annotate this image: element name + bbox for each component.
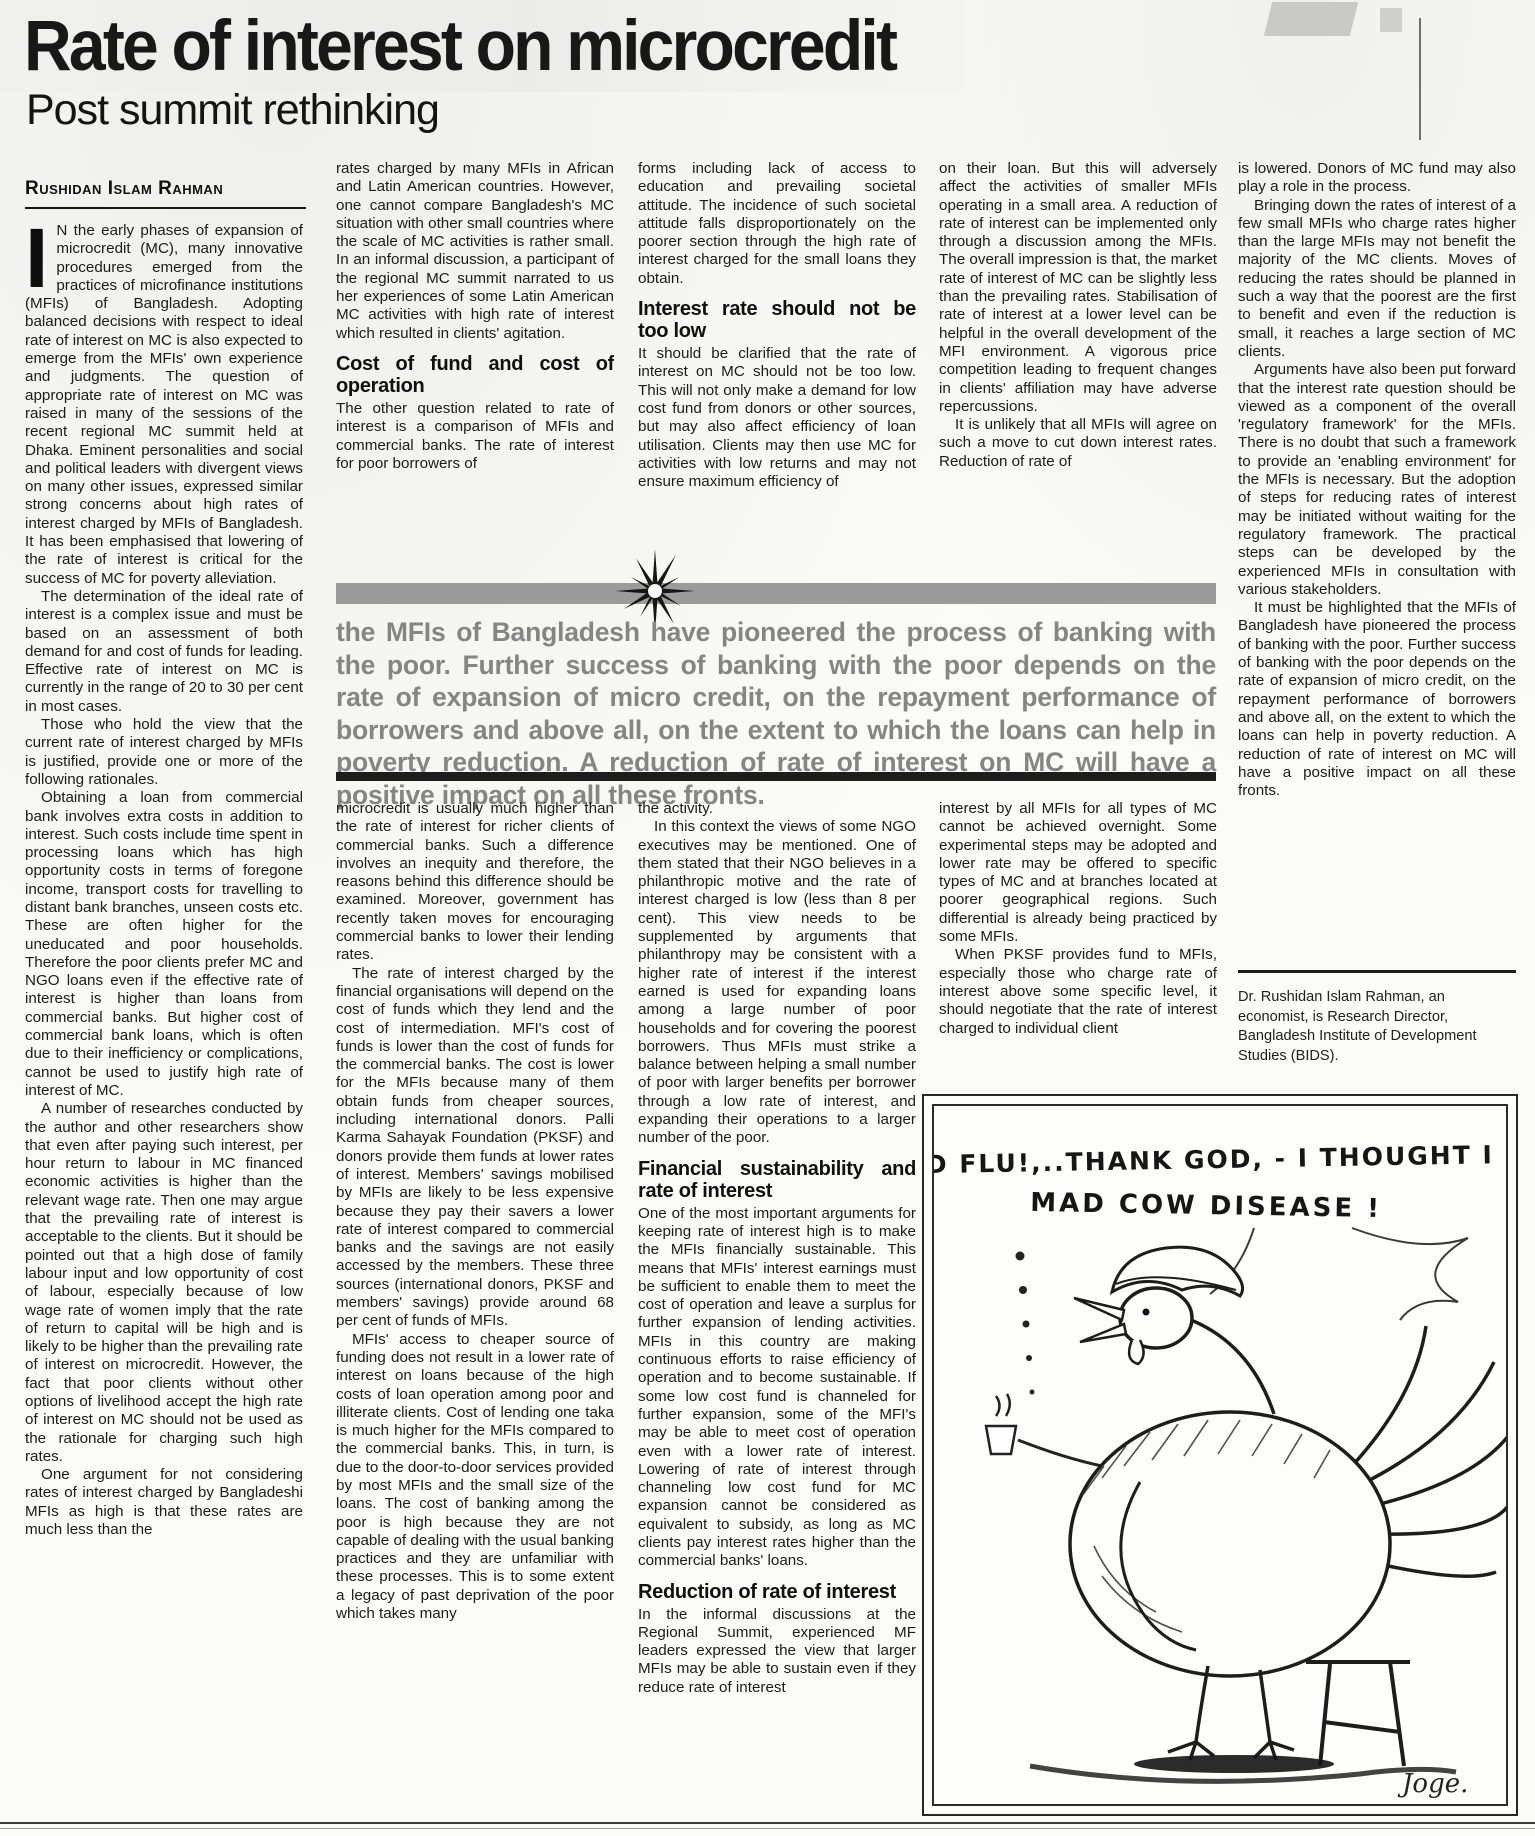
drop-cap: I	[25, 225, 48, 291]
paragraph: rates charged by many MFIs in African an…	[336, 160, 614, 343]
cartoon-caption-line1: BIRD FLU!,..THANK GOD, - I THOUGHT I HAD	[934, 1139, 1506, 1180]
pull-quote-black-rule	[336, 772, 1216, 781]
paragraph: It should be clarified that the rate of …	[638, 345, 916, 491]
column-2-top: rates charged by many MFIs in African an…	[336, 160, 614, 568]
section-heading-cost-of-fund: Cost of fund and cost of operation	[336, 353, 614, 397]
scan-artifact	[1264, 2, 1358, 36]
cartoon-box: BIRD FLU!,..THANK GOD, - I THOUGHT I HAD…	[922, 1094, 1518, 1816]
paragraph: microcredit is usually much higher than …	[336, 800, 614, 965]
cartoon-frame: BIRD FLU!,..THANK GOD, - I THOUGHT I HAD…	[932, 1104, 1508, 1806]
column-4-bottom: interest by all MFIs for all types of MC…	[939, 800, 1217, 1088]
paragraph: Bringing down the rates of interest of a…	[1238, 197, 1516, 362]
section-heading-financial-sustainability: Financial sustainability and rate of int…	[638, 1158, 916, 1202]
paragraph: In the informal discussions at the Regio…	[638, 1606, 916, 1697]
author-note-rule	[1238, 970, 1516, 973]
page-bottom-rule-light	[0, 1828, 1535, 1829]
rooster-drawing	[1030, 1247, 1506, 1781]
paragraph: is lowered. Donors of MC fund may also p…	[1238, 160, 1516, 197]
column-3-top: forms including lack of access to educat…	[638, 160, 916, 568]
paragraph: One argument for not considering rates o…	[25, 1466, 303, 1539]
cartoon-illustration: BIRD FLU!,..THANK GOD, - I THOUGHT I HAD…	[934, 1106, 1506, 1804]
pull-quote: the MFIs of Bangladesh have pioneered th…	[336, 616, 1216, 811]
paragraph: In this context the views of some NGO ex…	[638, 818, 916, 1147]
cartoonist-signature: Joge.	[1397, 1769, 1468, 1799]
paragraph: It must be highlighted that the MFIs of …	[1238, 599, 1516, 800]
byline: Rushidan Islam Rahman	[25, 178, 223, 200]
paragraph: the activity.	[638, 800, 916, 818]
paragraph: MFIs' access to cheaper source of fundin…	[336, 1331, 614, 1624]
section-heading-reduction-of-rate: Reduction of rate of interest	[638, 1581, 916, 1603]
paragraph: forms including lack of access to educat…	[638, 160, 916, 288]
paragraph: A number of researches conducted by the …	[25, 1100, 303, 1466]
paragraph-text: N the early phases of expansion of micro…	[25, 222, 303, 587]
article-subtitle: Post summit rethinking	[26, 86, 439, 135]
paragraph: on their loan. But this will adversely a…	[939, 160, 1217, 416]
paragraph: interest by all MFIs for all types of MC…	[939, 800, 1217, 946]
scan-artifact-line	[1419, 18, 1421, 140]
paragraph: When PKSF provides fund to MFIs, especia…	[939, 946, 1217, 1037]
speech-squiggle	[1210, 1228, 1468, 1320]
newspaper-page: Rate of interest on microcredit Post sum…	[0, 0, 1535, 1836]
thought-dots	[1016, 1252, 1035, 1395]
column-3-bottom: the activity. In this context the views …	[638, 800, 916, 1818]
scan-artifact	[1380, 8, 1402, 32]
byline-rule	[25, 207, 306, 209]
section-heading-interest-rate-low: Interest rate should not be too low	[638, 298, 916, 342]
paragraph: The rate of interest charged by the fina…	[336, 965, 614, 1331]
page-bottom-rule	[0, 1822, 1535, 1824]
paragraph: Obtaining a loan from commercial bank in…	[25, 789, 303, 1100]
paragraph: It is unlikely that all MFIs will agree …	[939, 416, 1217, 471]
article-title: Rate of interest on microcredit	[24, 6, 895, 87]
paragraph: Arguments have also been put forward tha…	[1238, 361, 1516, 599]
author-note: Dr. Rushidan Islam Rahman, an economist,…	[1238, 988, 1516, 1066]
paragraph: Those who hold the view that the current…	[25, 716, 303, 789]
paragraph: One of the most important arguments for …	[638, 1205, 916, 1571]
column-1: IN the early phases of expansion of micr…	[25, 222, 303, 1587]
cartoon-caption-line2: MAD COW DISEASE !	[1030, 1188, 1382, 1224]
column-2-bottom: microcredit is usually much higher than …	[336, 800, 614, 1818]
paragraph: The determination of the ideal rate of i…	[25, 588, 303, 716]
paragraph: The other question related to rate of in…	[336, 400, 614, 473]
column-5: is lowered. Donors of MC fund may also p…	[1238, 160, 1516, 955]
column-4-top: on their loan. But this will adversely a…	[939, 160, 1217, 568]
paragraph: IN the early phases of expansion of micr…	[25, 222, 303, 588]
cup	[986, 1394, 1102, 1466]
pull-quote-gray-bar	[336, 583, 1216, 604]
